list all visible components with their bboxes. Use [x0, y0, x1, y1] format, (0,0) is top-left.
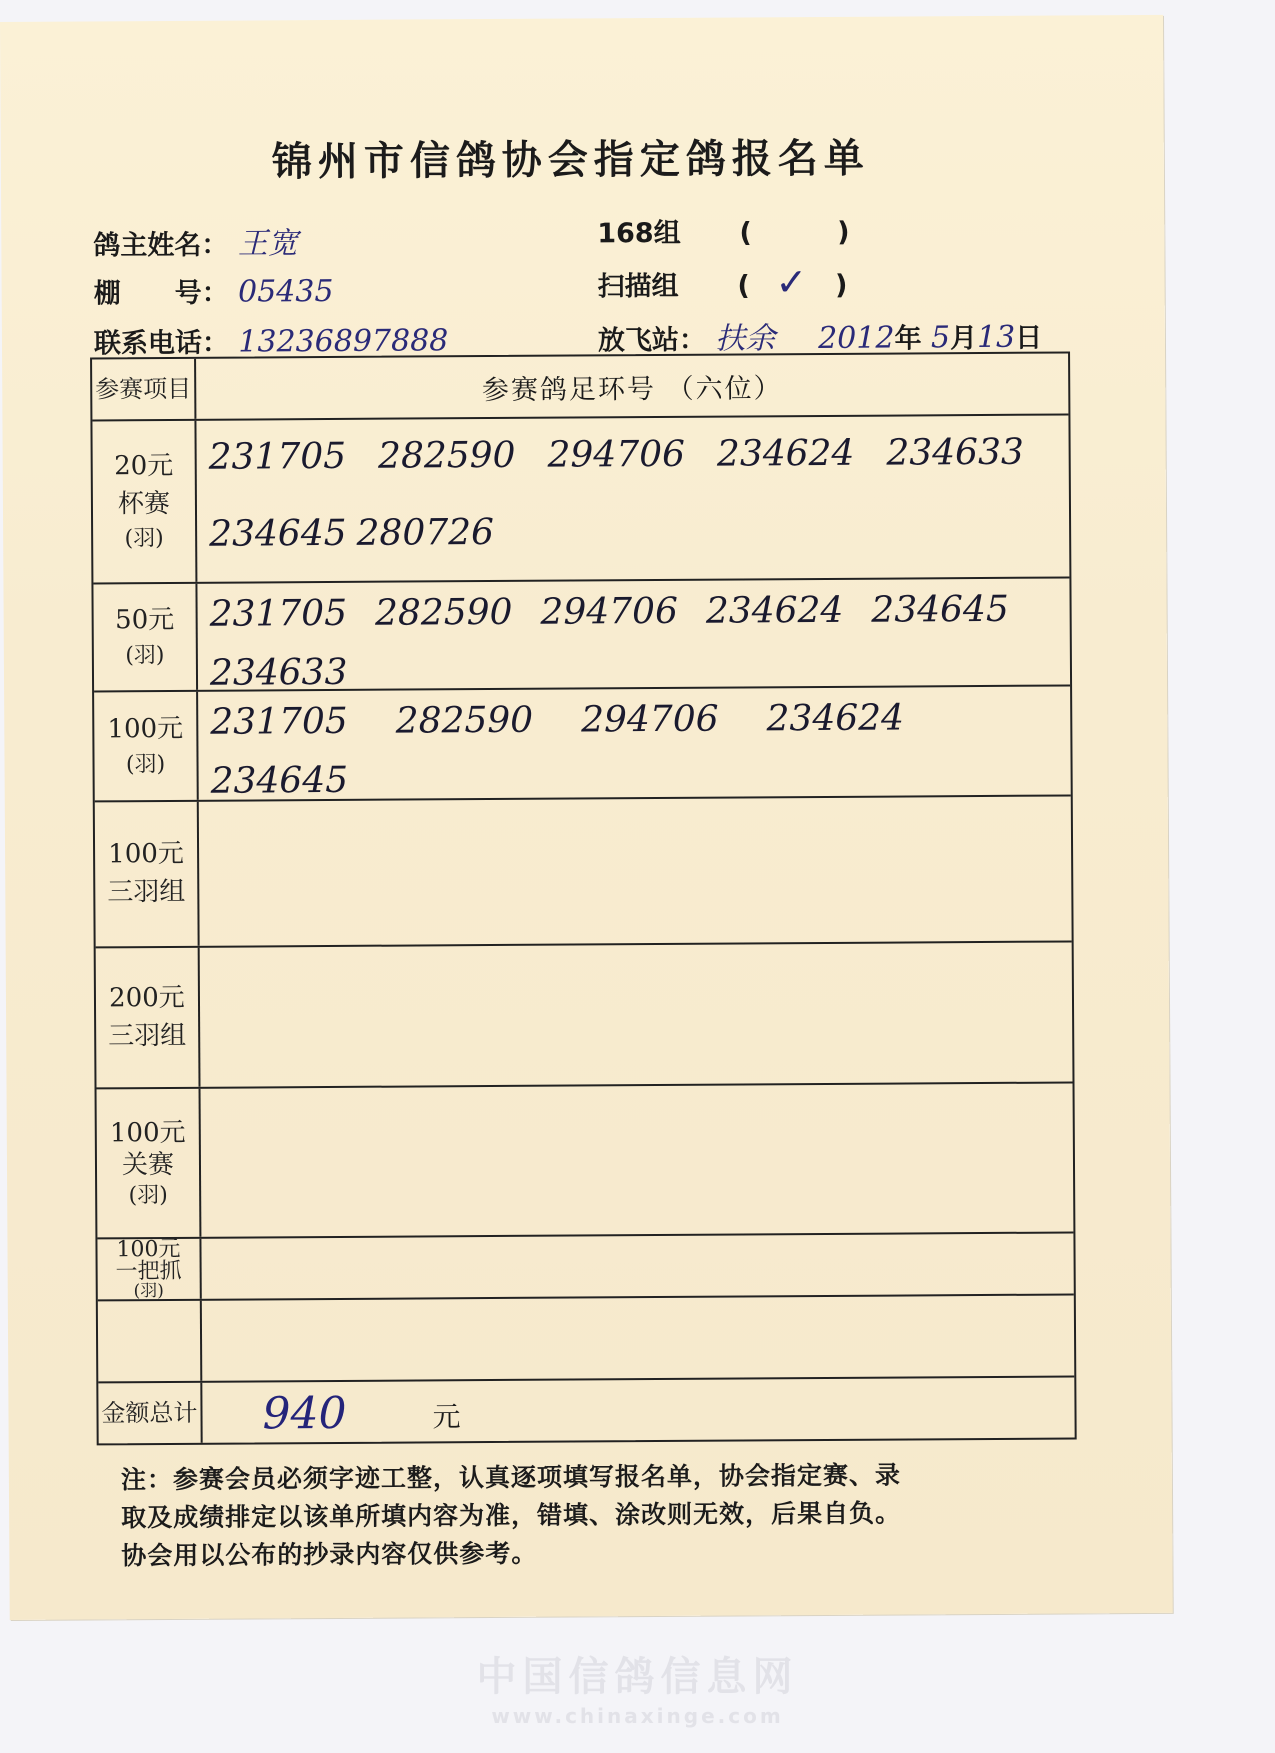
ring-number: 294706 — [540, 591, 678, 633]
month-label: 月 — [950, 323, 977, 354]
date-year: 2012 — [818, 321, 895, 356]
note-line-1: 注：参赛会员必须字迹工整，认真逐项填写报名单，协会指定赛、录 — [121, 1455, 1101, 1499]
release-station-label: 放飞站： — [598, 325, 706, 357]
table-row: 20元 杯赛 (羽) 231705 282590 294706 234624 2… — [92, 413, 1069, 582]
ring-number: 282590 — [375, 592, 513, 634]
day-label: 日 — [1015, 323, 1042, 354]
ring-number: 234624 — [717, 433, 855, 492]
row-label: 200元 三羽组 — [96, 948, 201, 1088]
ring-number-cell[interactable] — [199, 796, 1072, 945]
row-label: 100元 三羽组 — [95, 802, 200, 947]
row-label: 100元 一把抓 (羽) — [97, 1239, 201, 1300]
ring-number: 282590 — [378, 435, 516, 494]
total-amount-unit: 元 — [432, 1395, 460, 1435]
date-month: 5 — [931, 320, 950, 355]
ring-number-cell[interactable]: 231705 282590 294706 234624 234645 23463… — [197, 578, 1070, 689]
owner-name-value: 王宽 — [238, 226, 298, 261]
site-watermark: 中国信鸽信息网 www.chinaxinge.com — [0, 1645, 1275, 1728]
loft-number-value: 05435 — [238, 274, 334, 310]
row-label — [98, 1301, 202, 1382]
table-row: 100元 关赛 (羽) — [97, 1081, 1074, 1237]
ring-number: 234624 — [766, 697, 904, 739]
form-note: 注：参赛会员必须字迹工整，认真逐项填写报名单，协会指定赛、录 取及成绩排定以该单… — [121, 1455, 1102, 1575]
table-row: 50元 (羽) 231705 282590 294706 234624 2346… — [93, 576, 1070, 690]
table-row: 100元 一把抓 (羽) — [97, 1231, 1073, 1299]
note-line-3: 协会用以公布的抄录内容仅供参考。 — [121, 1531, 1101, 1575]
ring-number-cell[interactable] — [202, 1295, 1074, 1380]
ring-number-cell[interactable] — [200, 942, 1073, 1086]
ring-number-cell[interactable] — [201, 1083, 1074, 1236]
ring-number-cell[interactable]: 231705 282590 294706 234624 234633 23464… — [196, 415, 1069, 581]
header-ring-column: 参赛鸽足环号 （六位） — [196, 353, 1068, 418]
ring-number: 234645 — [209, 512, 347, 571]
total-label: 金额总计 — [98, 1383, 202, 1444]
year-label: 年 — [894, 323, 921, 354]
date-day: 13 — [977, 320, 1015, 355]
table-row: 200元 三羽组 — [96, 940, 1073, 1087]
table-row: 100元 (羽) 231705 282590 294706 234624 234… — [94, 684, 1071, 800]
scan-group-label: 扫描组 — [598, 271, 679, 302]
ring-number: 231705 — [209, 593, 347, 635]
form-title: 锦州市信鸽协会指定鸽报名单 — [1, 125, 1141, 189]
check-mark-icon: ✓ — [775, 260, 807, 304]
table-row — [98, 1293, 1074, 1381]
phone-value: 13236897888 — [238, 323, 448, 359]
phone-label: 联系电话： — [94, 328, 229, 360]
owner-name-label: 鸽主姓名： — [93, 230, 228, 262]
phone-field: 联系电话： 13236897888 — [94, 319, 449, 360]
total-row: 金额总计 940 元 — [98, 1375, 1074, 1443]
ring-number: 234645 — [211, 760, 349, 802]
ring-number-cell[interactable] — [201, 1233, 1073, 1298]
table-row: 100元 三羽组 — [95, 794, 1072, 946]
group-168-field: 168组 ( ) — [597, 210, 849, 251]
entry-table: 参赛项目 参赛鸽足环号 （六位） 20元 杯赛 (羽) 231705 28259… — [90, 351, 1077, 1445]
ring-number: 234624 — [706, 590, 844, 632]
owner-name-field: 鸽主姓名： 王宽 — [93, 218, 298, 263]
row-label: 100元 关赛 (羽) — [97, 1089, 202, 1238]
total-amount-value: 940 — [262, 1388, 346, 1440]
ring-number: 234633 — [210, 652, 348, 694]
loft-number-label: 棚 号： — [94, 278, 229, 310]
total-amount-cell[interactable]: 940 元 — [202, 1377, 1074, 1442]
ring-number: 234633 — [886, 432, 1024, 491]
row-label: 100元 (羽) — [94, 692, 199, 801]
ring-number: 282590 — [396, 700, 534, 742]
note-line-2: 取及成绩排定以该单所填内容为准，错填、涂改则无效，后果自负。 — [121, 1493, 1101, 1537]
ring-number: 231705 — [209, 436, 347, 495]
row-label: 20元 杯赛 (羽) — [92, 421, 197, 583]
release-station-value: 扶余 — [715, 321, 775, 356]
ring-number: 294706 — [547, 434, 685, 493]
scan-group-checkbox[interactable]: ( ✓ ) — [737, 270, 847, 302]
group-168-label: 168组 — [597, 218, 681, 250]
watermark-site-name: 中国信鸽信息网 — [0, 1645, 1275, 1702]
group-168-checkbox[interactable]: ( ) — [739, 217, 849, 249]
loft-number-field: 棚 号： 05435 — [94, 270, 334, 310]
scan-group-field: 扫描组 ( ✓ ) — [597, 263, 847, 304]
table-header-row: 参赛项目 参赛鸽足环号 （六位） — [92, 353, 1068, 419]
row-label: 50元 (羽) — [93, 584, 198, 691]
header-event-column: 参赛项目 — [92, 359, 196, 420]
ring-number: 234645 — [871, 589, 1009, 631]
registration-form-paper: 锦州市信鸽协会指定鸽报名单 鸽主姓名： 王宽 棚 号： 05435 联系电话： … — [0, 15, 1173, 1620]
ring-number: 294706 — [581, 699, 719, 741]
watermark-url: www.chinaxinge.com — [0, 1704, 1275, 1728]
ring-number: 280726 — [356, 511, 494, 570]
ring-number-cell[interactable]: 231705 282590 294706 234624 234645 — [198, 686, 1071, 799]
ring-number: 231705 — [210, 701, 348, 743]
